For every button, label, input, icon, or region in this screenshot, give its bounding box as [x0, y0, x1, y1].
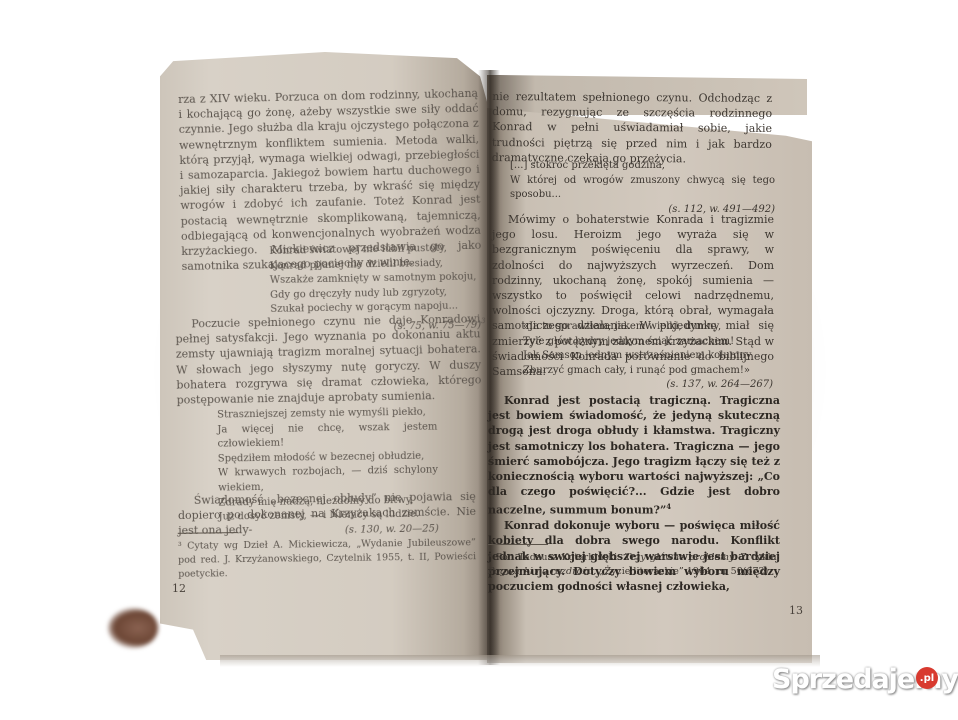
verse-lines: «Ja to sprawiłem; jakem wielki, dumny,Ty… [523, 320, 773, 378]
verse-lines: [...] stokroć przeklęta godzina,W której… [510, 159, 775, 203]
verse-line: Ja więcej nie chcę, wszak jestem człowie… [217, 420, 437, 452]
paragraph-text: Konrad jest postacią tragiczną. Tragiczn… [488, 393, 780, 518]
verse-line: Jak Samson jednym wstrząśnieniem kolumny [523, 349, 773, 364]
page-bottom-edge [220, 655, 820, 667]
right-page-verse-2: «Ja to sprawiłem; jakem wielki, dumny,Ty… [523, 320, 773, 393]
footnote-text: ³ Cytaty wg Dzieł A. Mickiewicza, „Wydan… [178, 536, 476, 582]
verse-line: [...] stokroć przeklęta godzina, [510, 159, 775, 174]
footnote-mark: 3 [481, 317, 486, 325]
watermark-badge: .pl [916, 667, 938, 689]
right-page-verse-1: [...] stokroć przeklęta godzina,W której… [510, 159, 775, 217]
paragraph-text: nie rezultatem spełnionego czynu. Odchod… [492, 89, 773, 167]
left-page-paragraph-2: Poczucie spełnionego czynu nie daje Konr… [175, 311, 482, 408]
photo-scene: rza z XIV wieku. Porzuca on dom rodzinny… [0, 0, 958, 720]
page-number-right: 13 [789, 604, 803, 617]
paragraph-text: Poczucie spełnionego czynu nie daje Konr… [175, 311, 482, 408]
thumb [108, 608, 158, 648]
left-page-footnote: ³ Cytaty wg Dzieł A. Mickiewicza, „Wydan… [178, 523, 477, 582]
verse-line: Tyle głów hydry jednym ściąć zamachem! [523, 335, 773, 350]
verse-line: W której od wrogów zmuszony chwycą się t… [510, 174, 775, 203]
footnote-rule [178, 532, 238, 534]
page-number-left: 12 [172, 582, 186, 595]
right-page-paragraph-1: nie rezultatem spełnionego czynu. Odchod… [492, 89, 773, 167]
verse-line: Zburzyć gmach cały, i runąć pod gmachem!… [523, 364, 773, 379]
footnote-text: ⁴ Por. Tadeusz Kotarbiński: Trzy główne … [488, 551, 780, 579]
footnote-rule [488, 544, 548, 545]
verse-lines: Konrad światowej nie lubił pustoty,Konra… [269, 241, 485, 318]
right-page-footnote: ⁴ Por. Tadeusz Kotarbiński: Trzy główne … [488, 538, 780, 579]
verse-line: «Ja to sprawiłem; jakem wielki, dumny, [523, 320, 773, 335]
verse-citation: (s. 137, w. 264—267) [523, 378, 773, 393]
footnote-mark: 4 [666, 502, 671, 511]
